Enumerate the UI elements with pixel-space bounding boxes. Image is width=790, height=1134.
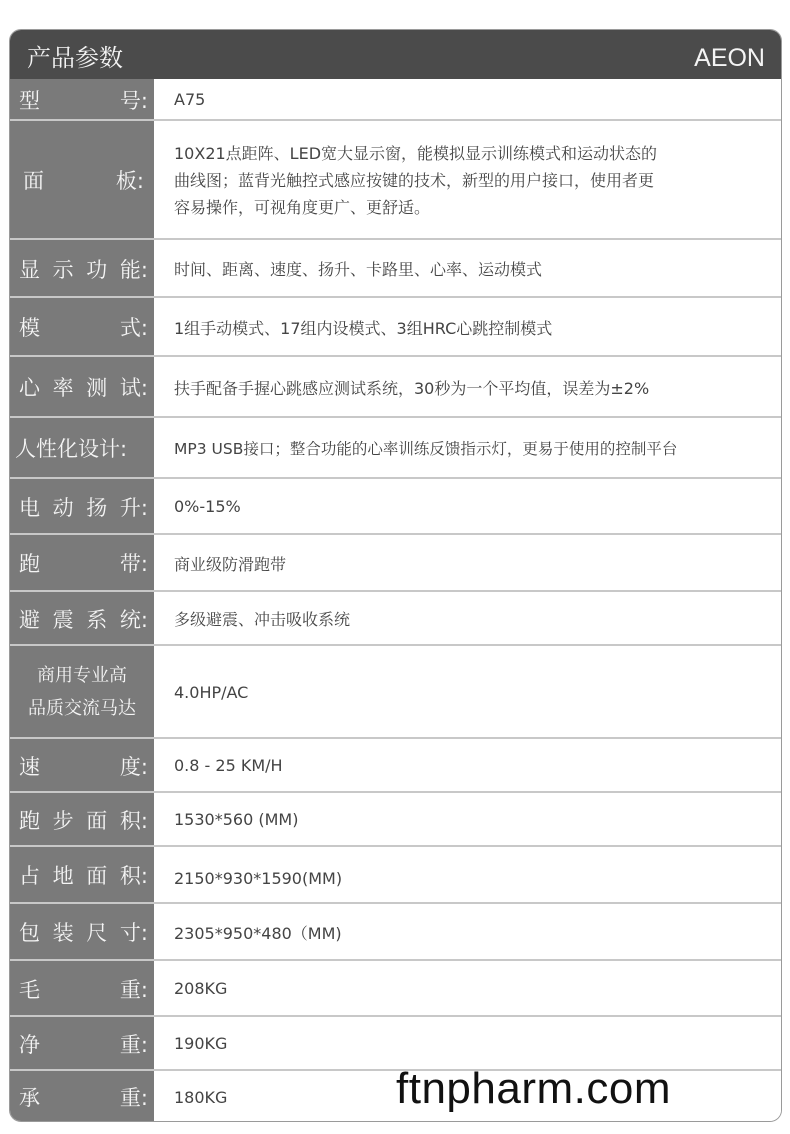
spec-row-net-weight: 净重: 190KG xyxy=(10,1015,781,1070)
spec-value: 1530*560 (MM) xyxy=(154,793,781,846)
label-char: 占 xyxy=(19,860,40,890)
spec-label: 净重: xyxy=(10,1017,154,1070)
spec-label: 避震系统: xyxy=(10,592,154,645)
spec-card: 产品参数 AEON 型号: A75 面板: 10X21点距阵、LED宽大显示窗，… xyxy=(9,29,782,1122)
spec-label: 跑带: xyxy=(10,535,154,591)
label-char: 跑 xyxy=(19,548,40,578)
label-char: 动 xyxy=(53,492,74,522)
label-char: 净 xyxy=(19,1029,40,1059)
label-char: 避 xyxy=(19,604,40,634)
label-char: 示 xyxy=(53,254,74,284)
label-char: 测 xyxy=(86,372,107,402)
label-char: 寸: xyxy=(120,917,148,947)
label-char: 升: xyxy=(120,492,148,522)
spec-value: 多级避震、冲击吸收系统 xyxy=(154,592,781,645)
section-title: 产品参数 xyxy=(27,38,123,73)
spec-value-line: 10X21点距阵、LED宽大显示窗，能模拟显示训练模式和运动状态的 xyxy=(174,140,657,167)
spec-label: 包装尺寸: xyxy=(10,904,154,960)
spec-value-line: 容易操作，可视角度更广、更舒适。 xyxy=(174,194,657,221)
spec-label: 面板: xyxy=(10,121,154,239)
spec-label: 占地面积: xyxy=(10,847,154,903)
spec-row-heart-rate: 心率测试: 扶手配备手握心跳感应测试系统，30秒为一个平均值，误差为±2% xyxy=(10,355,781,417)
spec-label: 心率测试: xyxy=(10,357,154,417)
label-char: 显 xyxy=(19,254,40,284)
spec-label: 速度: xyxy=(10,739,154,792)
spec-header: 产品参数 AEON xyxy=(10,30,781,79)
label-char: 速 xyxy=(19,751,40,781)
spec-row-running-area: 跑步面积: 1530*560 (MM) xyxy=(10,791,781,846)
label-char: 面 xyxy=(86,860,107,890)
label-char: 试: xyxy=(120,372,148,402)
label-char: 重: xyxy=(120,1082,148,1112)
spec-value: 2305*950*480（MM) xyxy=(154,904,781,960)
label-char: 面 xyxy=(23,165,44,195)
spec-label: 跑步面积: xyxy=(10,793,154,846)
spec-value: 4.0HP/AC xyxy=(154,646,781,738)
spec-value: MP3 USB接口；整合功能的心率训练反馈指示灯，更易于使用的控制平台 xyxy=(154,418,781,478)
spec-label: 模式: xyxy=(10,298,154,356)
spec-label: 人性化设计: xyxy=(10,418,154,478)
spec-value: 0.8 - 25 KM/H xyxy=(154,739,781,792)
spec-value: A75 xyxy=(154,79,781,120)
spec-value: 时间、距离、速度、扬升、卡路里、心率、运动模式 xyxy=(154,240,781,297)
spec-label: 电动扬升: xyxy=(10,479,154,534)
label-char: 度: xyxy=(120,751,148,781)
label-char: 号: xyxy=(120,85,148,115)
spec-label: 型号: xyxy=(10,79,154,120)
spec-value: 扶手配备手握心跳感应测试系统，30秒为一个平均值，误差为±2% xyxy=(154,357,781,417)
spec-row-speed: 速度: 0.8 - 25 KM/H xyxy=(10,737,781,792)
spec-value: 2150*930*1590(MM) xyxy=(154,847,781,903)
label-char: 重: xyxy=(120,1029,148,1059)
label-char: 承 xyxy=(19,1082,40,1112)
label-char: 装 xyxy=(53,917,74,947)
label-char: 模 xyxy=(19,312,40,342)
spec-value-line: 曲线图；蓝背光触控式感应按键的技术，新型的用户接口，使用者更 xyxy=(174,167,657,194)
brand-logo: AEON xyxy=(694,44,765,73)
label-char: 跑 xyxy=(19,805,40,835)
label-char: 面 xyxy=(86,805,107,835)
spec-value: 10X21点距阵、LED宽大显示窗，能模拟显示训练模式和运动状态的 曲线图；蓝背… xyxy=(154,121,781,239)
label-char: 型 xyxy=(19,85,40,115)
label-text: 人性化设计: xyxy=(15,433,127,463)
label-line: 品质交流马达 xyxy=(28,692,136,725)
spec-row-gross-weight: 毛重: 208KG xyxy=(10,959,781,1016)
spec-row-model: 型号: A75 xyxy=(10,79,781,120)
label-char: 地 xyxy=(53,860,74,890)
label-char: 电 xyxy=(19,492,40,522)
label-char: 积: xyxy=(120,805,148,835)
spec-row-design: 人性化设计: MP3 USB接口；整合功能的心率训练反馈指示灯，更易于使用的控制… xyxy=(10,416,781,478)
spec-row-incline: 电动扬升: 0%-15% xyxy=(10,477,781,534)
label-char: 重: xyxy=(120,974,148,1004)
label-char: 震 xyxy=(53,604,74,634)
watermark-text: ftnpharm.com xyxy=(396,1064,671,1114)
spec-row-motor: 商用专业高 品质交流马达 4.0HP/AC xyxy=(10,644,781,738)
spec-label: 商用专业高 品质交流马达 xyxy=(10,646,154,738)
label-line: 商用专业高 xyxy=(28,659,136,692)
spec-value: 1组手动模式、17组内设模式、3组HRC心跳控制模式 xyxy=(154,298,781,356)
label-char: 功 xyxy=(86,254,107,284)
label-char: 步 xyxy=(53,805,74,835)
spec-label: 毛重: xyxy=(10,961,154,1016)
label-char: 带: xyxy=(120,548,148,578)
spec-label: 承重: xyxy=(10,1071,154,1122)
label-char: 板: xyxy=(116,165,144,195)
spec-row-footprint: 占地面积: 2150*930*1590(MM) xyxy=(10,845,781,903)
spec-row-mode: 模式: 1组手动模式、17组内设模式、3组HRC心跳控制模式 xyxy=(10,296,781,356)
spec-value: 商业级防滑跑带 xyxy=(154,535,781,591)
spec-value: 0%-15% xyxy=(154,479,781,534)
label-char: 包 xyxy=(19,917,40,947)
label-char: 系 xyxy=(86,604,107,634)
label-char: 毛 xyxy=(19,974,40,1004)
label-char: 式: xyxy=(120,312,148,342)
spec-label: 显示功能: xyxy=(10,240,154,297)
label-char: 能: xyxy=(120,254,148,284)
label-char: 统: xyxy=(120,604,148,634)
spec-row-belt: 跑带: 商业级防滑跑带 xyxy=(10,533,781,591)
label-char: 积: xyxy=(120,860,148,890)
label-char: 心 xyxy=(19,372,40,402)
spec-value: 190KG xyxy=(154,1017,781,1070)
label-char: 率 xyxy=(53,372,74,402)
label-char: 扬 xyxy=(86,492,107,522)
spec-row-package-size: 包装尺寸: 2305*950*480（MM) xyxy=(10,902,781,960)
spec-value: 208KG xyxy=(154,961,781,1016)
label-char: 尺 xyxy=(86,917,107,947)
spec-row-display: 显示功能: 时间、距离、速度、扬升、卡路里、心率、运动模式 xyxy=(10,238,781,297)
spec-row-shock-absorption: 避震系统: 多级避震、冲击吸收系统 xyxy=(10,590,781,645)
spec-row-panel: 面板: 10X21点距阵、LED宽大显示窗，能模拟显示训练模式和运动状态的 曲线… xyxy=(10,119,781,239)
